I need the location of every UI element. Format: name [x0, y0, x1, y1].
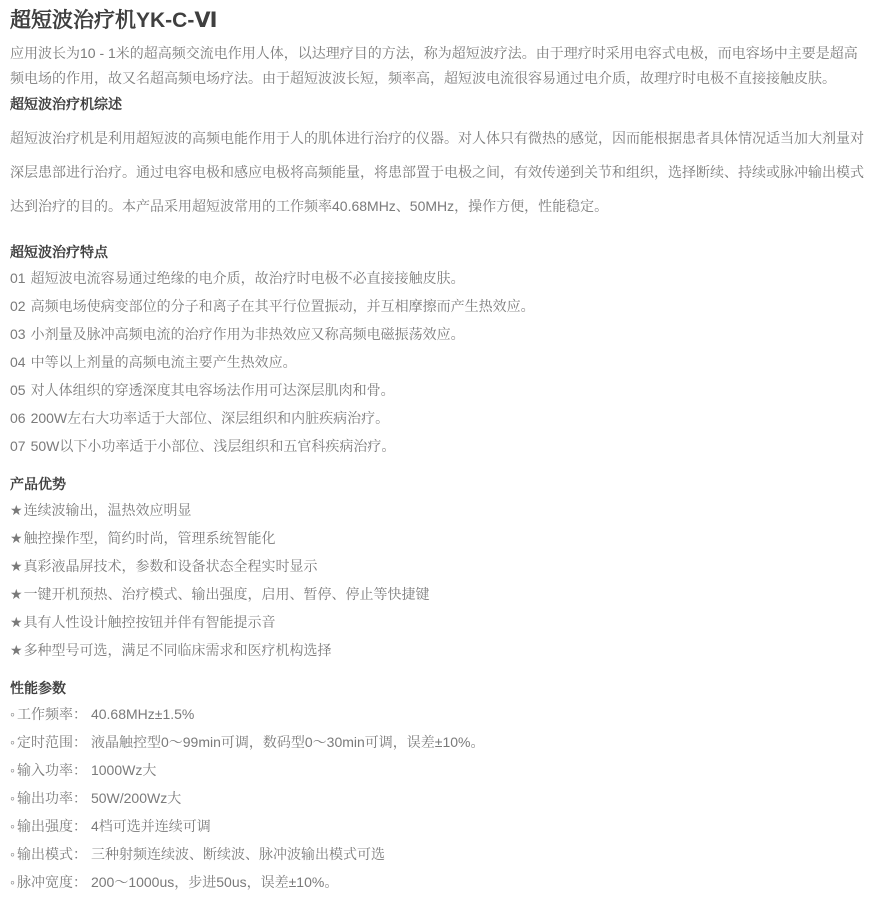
star-icon: ★ — [10, 502, 23, 518]
spec-value: 1000Wz大 — [91, 762, 156, 778]
star-icon: ★ — [10, 530, 23, 546]
spec-label: 输出强度： — [17, 818, 87, 834]
section-specs: 性能参数 ◦工作频率：40.68MHz±1.5% ◦定时范围：液晶触控型0～99… — [10, 679, 864, 891]
spec-value: 液晶触控型0～99min可调，数码型0～30min可调，误差±10%。 — [91, 734, 485, 750]
feature-item: 01超短波电流容易通过绝缘的电介质，故治疗时电极不必直接接触皮肤。 — [10, 269, 864, 287]
section-advantages: 产品优势 ★连续波输出，温热效应明显 ★触控操作型，简约时尚，管理系统智能化 ★… — [10, 475, 864, 659]
spec-label: 定时范围： — [17, 734, 87, 750]
spec-item: ◦定时范围：液晶触控型0～99min可调，数码型0～30min可调，误差±10%… — [10, 733, 864, 751]
feature-number: 03 — [10, 326, 26, 342]
circle-bullet-icon: ◦ — [10, 706, 15, 722]
feature-text: 超短波电流容易通过绝缘的电介质，故治疗时电极不必直接接触皮肤。 — [31, 270, 465, 286]
spec-value: 4档可选并连续可调 — [91, 818, 211, 834]
advantages-heading: 产品优势 — [10, 475, 864, 493]
spec-item: ◦输出强度：4档可选并连续可调 — [10, 817, 864, 835]
feature-number: 06 — [10, 410, 26, 426]
feature-text: 中等以上剂量的高频电流主要产生热效应。 — [31, 354, 297, 370]
circle-bullet-icon: ◦ — [10, 874, 15, 890]
spec-label: 输出功率： — [17, 790, 87, 806]
advantage-item: ★具有人性设计触控按钮并伴有智能提示音 — [10, 613, 864, 631]
overview-heading: 超短波治疗机综述 — [10, 95, 864, 113]
advantage-text: 具有人性设计触控按钮并伴有智能提示音 — [24, 614, 276, 630]
feature-item: 04中等以上剂量的高频电流主要产生热效应。 — [10, 353, 864, 371]
spec-label: 脉冲宽度： — [17, 874, 87, 890]
feature-number: 05 — [10, 382, 26, 398]
feature-text: 200W左右大功率适于大部位、深层组织和内脏疾病治疗。 — [31, 410, 390, 426]
advantage-text: 真彩液晶屏技术，参数和设备状态全程实时显示 — [24, 558, 318, 574]
feature-item: 0750W以下小功率适于小部位、浅层组织和五官科疾病治疗。 — [10, 437, 864, 455]
spec-value: 40.68MHz±1.5% — [91, 706, 194, 722]
feature-item: 05对人体组织的穿透深度其电容场法作用可达深层肌肉和骨。 — [10, 381, 864, 399]
spec-value: 三种射频连续波、断续波、脉冲波输出模式可选 — [91, 846, 385, 862]
spec-item: ◦输入功率：1000Wz大 — [10, 761, 864, 779]
feature-text: 对人体组织的穿透深度其电容场法作用可达深层肌肉和骨。 — [31, 382, 395, 398]
advantage-text: 连续波输出，温热效应明显 — [24, 502, 192, 518]
feature-item: 02高频电场使病变部位的分子和离子在其平行位置振动，并互相摩擦而产生热效应。 — [10, 297, 864, 315]
circle-bullet-icon: ◦ — [10, 790, 15, 806]
spec-item: ◦输出模式：三种射频连续波、断续波、脉冲波输出模式可选 — [10, 845, 864, 863]
section-features: 超短波治疗特点 01超短波电流容易通过绝缘的电介质，故治疗时电极不必直接接触皮肤… — [10, 243, 864, 455]
star-icon: ★ — [10, 586, 23, 602]
advantage-text: 触控操作型，简约时尚，管理系统智能化 — [24, 530, 276, 546]
section-overview: 超短波治疗机综述 超短波治疗机是利用超短波的高频电能作用于人的肌体进行治疗的仪器… — [10, 95, 864, 223]
spec-label: 工作频率： — [17, 706, 87, 722]
advantage-text: 多种型号可选，满足不同临床需求和医疗机构选择 — [24, 642, 332, 658]
spec-value: 200～1000us，步进50us，误差±10%。 — [91, 874, 338, 890]
star-icon: ★ — [10, 614, 23, 630]
circle-bullet-icon: ◦ — [10, 846, 15, 862]
feature-number: 02 — [10, 298, 26, 314]
spec-label: 输出模式： — [17, 846, 87, 862]
feature-item: 06200W左右大功率适于大部位、深层组织和内脏疾病治疗。 — [10, 409, 864, 427]
advantage-item: ★真彩液晶屏技术，参数和设备状态全程实时显示 — [10, 557, 864, 575]
circle-bullet-icon: ◦ — [10, 734, 15, 750]
page-title: 超短波治疗机YK-C-Ⅵ — [10, 8, 864, 34]
feature-text: 高频电场使病变部位的分子和离子在其平行位置振动，并互相摩擦而产生热效应。 — [31, 298, 535, 314]
advantage-text: 一键开机预热、治疗模式、输出强度，启用、暂停、停止等快捷键 — [24, 586, 430, 602]
feature-number: 07 — [10, 438, 26, 454]
intro-paragraph: 应用波长为10 - 1米的超高频交流电作用人体，以达理疗目的方法，称为超短波疗法… — [10, 41, 864, 91]
feature-number: 04 — [10, 354, 26, 370]
product-description-page: 超短波治疗机YK-C-Ⅵ 应用波长为10 - 1米的超高频交流电作用人体，以达理… — [0, 0, 876, 913]
star-icon: ★ — [10, 558, 23, 574]
feature-text: 50W以下小功率适于小部位、浅层组织和五官科疾病治疗。 — [31, 438, 396, 454]
advantage-item: ★连续波输出，温热效应明显 — [10, 501, 864, 519]
specs-heading: 性能参数 — [10, 679, 864, 697]
advantage-item: ★触控操作型，简约时尚，管理系统智能化 — [10, 529, 864, 547]
advantage-item: ★多种型号可选，满足不同临床需求和医疗机构选择 — [10, 641, 864, 659]
spec-label: 输入功率： — [17, 762, 87, 778]
circle-bullet-icon: ◦ — [10, 818, 15, 834]
spec-item: ◦输出功率：50W/200Wz大 — [10, 789, 864, 807]
feature-item: 03小剂量及脉冲高频电流的治疗作用为非热效应又称高频电磁振荡效应。 — [10, 325, 864, 343]
feature-text: 小剂量及脉冲高频电流的治疗作用为非热效应又称高频电磁振荡效应。 — [31, 326, 465, 342]
circle-bullet-icon: ◦ — [10, 762, 15, 778]
star-icon: ★ — [10, 642, 23, 658]
feature-number: 01 — [10, 270, 26, 286]
spec-value: 50W/200Wz大 — [91, 790, 181, 806]
advantage-item: ★一键开机预热、治疗模式、输出强度，启用、暂停、停止等快捷键 — [10, 585, 864, 603]
features-heading: 超短波治疗特点 — [10, 243, 864, 261]
overview-paragraph: 超短波治疗机是利用超短波的高频电能作用于人的肌体进行治疗的仪器。对人体只有微热的… — [10, 121, 864, 223]
spec-item: ◦工作频率：40.68MHz±1.5% — [10, 705, 864, 723]
